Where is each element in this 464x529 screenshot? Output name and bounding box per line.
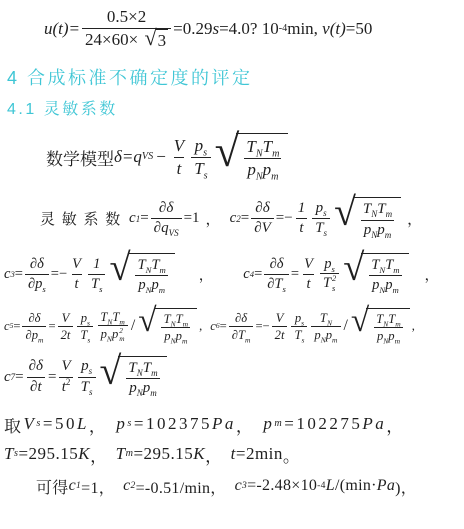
- sub-s: s: [301, 335, 304, 344]
- var-T: T: [377, 201, 385, 217]
- fraction-TNTm-pNpm: TNTm pNpm: [135, 256, 169, 295]
- var-T: T: [320, 311, 327, 325]
- fraction-ps-Ts2: ps T2s: [320, 255, 339, 294]
- partial-t: ∂t: [30, 379, 42, 395]
- sub-s: s: [332, 264, 335, 274]
- var-T: T: [151, 257, 159, 273]
- numerator: 1: [295, 199, 309, 219]
- numerator: 1: [90, 255, 103, 274]
- var-c: c: [4, 369, 11, 386]
- sub-m: m: [182, 337, 187, 346]
- comma: ，: [425, 264, 440, 285]
- fraction-ps-Ts: ps Ts: [312, 199, 330, 239]
- result-c1: =1，: [81, 475, 115, 498]
- sup-2: 2: [66, 377, 71, 387]
- unit-L: L: [326, 477, 335, 495]
- u-result-3: =50: [346, 19, 373, 39]
- numerator: V: [171, 135, 187, 157]
- var-V: V: [24, 414, 37, 434]
- take-label: 取: [4, 412, 24, 437]
- denominator: t: [72, 274, 82, 294]
- var-c: c: [235, 477, 242, 495]
- denominator: ∂pm: [22, 326, 46, 343]
- denominator: ∂t: [27, 377, 45, 398]
- partial-delta: ∂δ: [30, 256, 44, 272]
- numerator: ps: [292, 310, 307, 326]
- sub-s: s: [42, 284, 45, 294]
- sub-m: m: [245, 335, 250, 344]
- var-V: V: [72, 256, 81, 272]
- denominator: Ts: [291, 326, 307, 343]
- radical: √ TNTm pNpm: [343, 253, 408, 295]
- formula-c7: c7= ∂δ ∂t = V t2 ps Ts √ TNTm pNpm: [4, 356, 464, 399]
- denominator: pNpm: [126, 378, 160, 399]
- value-295: =295.15: [133, 444, 193, 464]
- fraction-dd-dps: ∂δ ∂ps: [25, 255, 49, 294]
- numerator: TNTm: [161, 311, 192, 327]
- fraction-ps-Ts: ps Ts: [291, 310, 307, 344]
- comma: ，: [407, 208, 422, 229]
- comma: ，: [236, 412, 256, 437]
- fraction-1-Ts: 1 Ts: [88, 255, 105, 294]
- partial-T: ∂T: [267, 276, 282, 292]
- unit-K: K: [78, 444, 90, 464]
- unit-Pa: Pa: [377, 477, 395, 495]
- numerator: ps: [78, 357, 95, 377]
- sub-m: m: [38, 335, 43, 344]
- var-T: T: [91, 276, 99, 292]
- minus-sign: −: [156, 147, 166, 167]
- denominator: pNp2m: [98, 325, 128, 344]
- sub-s: s: [323, 208, 327, 218]
- var-T: T: [194, 159, 203, 178]
- numerator: ps: [313, 199, 330, 219]
- sub-m: m: [393, 265, 399, 275]
- var-p: p: [263, 160, 272, 179]
- result-line: 可得c1=1，c2=-0.51/min，c3=-2.48×10-4L/(min·…: [36, 475, 464, 498]
- var-t: t: [177, 159, 182, 178]
- delta-eq: δ=: [114, 147, 133, 167]
- fraction-TNTm-pNpm: TNTm pNpm: [360, 200, 395, 240]
- equals: =: [48, 319, 55, 334]
- sub-s: s: [99, 284, 102, 294]
- fraction-TNTm-pNpm: TNTm pNpm: [161, 311, 192, 345]
- comma: ，: [206, 208, 221, 229]
- var-p: p: [377, 222, 385, 238]
- var-c: c: [4, 319, 10, 334]
- var-T: T: [323, 275, 331, 291]
- var-2t: 2t: [275, 328, 285, 342]
- partial-p: ∂p: [25, 328, 38, 342]
- values-line-1: 取Vs=50L，ps=102375Pa，pm=102275Pa，: [4, 412, 464, 437]
- result-c3-close: )，: [395, 475, 417, 498]
- fraction-dd-dTs: ∂δ ∂Ts: [264, 255, 289, 294]
- fraction-V-t: V t: [171, 135, 187, 180]
- radicand: TNTm pNpm: [118, 356, 166, 399]
- fraction-dd-dqvs: ∂δ ∂qVS: [151, 199, 182, 239]
- var-q: q: [133, 147, 142, 167]
- comma: ，: [386, 412, 406, 437]
- denominator: pNpm: [135, 275, 168, 295]
- var-V: V: [62, 311, 70, 325]
- var-p: p: [195, 136, 204, 155]
- var-p: p: [263, 414, 274, 434]
- unit-Pa: Pa: [362, 414, 386, 434]
- denominator: ∂qVS: [151, 218, 182, 239]
- u-lhs: u(t)=: [44, 19, 80, 39]
- sub-m: m: [332, 335, 337, 344]
- denominator: Ts: [77, 326, 93, 343]
- denominator: 24×60× √ 3: [82, 28, 171, 52]
- numerator: V: [273, 310, 287, 326]
- var-c: c: [69, 477, 76, 495]
- comma: ，: [199, 264, 214, 285]
- formula-u-t: u(t)= 0.5×2 24×60× √ 3 =0.29s=4.0? 10-4m…: [44, 6, 464, 52]
- numerator: ∂δ: [252, 199, 272, 219]
- result-c3-unit: /(min·: [335, 477, 377, 495]
- numerator: TNTm: [360, 200, 395, 220]
- fraction-dd-dV: ∂δ ∂V: [251, 199, 274, 239]
- numerator: 0.5×2: [104, 6, 149, 28]
- denominator: ∂Tm: [229, 326, 254, 343]
- equals-minus: =−: [51, 266, 67, 283]
- section-heading-4-1: 4.1 灵敏系数: [7, 96, 464, 119]
- var-c: c: [230, 210, 237, 227]
- formula-c1-c2: 灵敏系数 c1= ∂δ ∂qVS =1 ， c2= ∂δ ∂V =− 1 t p…: [40, 197, 464, 240]
- unit-L: L: [77, 414, 89, 434]
- numerator: V: [59, 357, 74, 377]
- denominator: pNpm: [361, 220, 395, 241]
- radicand: TNTm pNpm: [361, 253, 408, 295]
- partial-delta: ∂δ: [255, 200, 269, 216]
- var-p: p: [116, 414, 127, 434]
- partial-q: ∂q: [154, 220, 169, 236]
- denominator: ∂V: [251, 218, 274, 239]
- var-t: t: [75, 276, 79, 292]
- equals: =: [291, 266, 299, 283]
- sub-s: s: [89, 387, 93, 397]
- fraction-TNTm-pNpm: TNTm pNpm: [368, 256, 402, 295]
- divide-slash: /: [131, 317, 135, 335]
- denominator: 2t: [58, 326, 74, 343]
- radicand: TNTm pNpm: [154, 308, 198, 345]
- numerator: TNTm: [125, 359, 160, 379]
- numerator: TNTm: [243, 136, 282, 158]
- sub-VS: VS: [169, 228, 179, 238]
- sub-m: m: [150, 388, 157, 398]
- denominator: 2t: [272, 326, 288, 343]
- fraction-TNTm-pNpm: TNTm pNpm: [125, 359, 160, 399]
- radical: √ TNTm pNpm: [351, 308, 410, 345]
- sub-m: m: [160, 265, 166, 275]
- fraction-1-t: 1 t: [295, 199, 309, 239]
- numerator: ∂δ: [27, 255, 47, 274]
- radicand: 3: [156, 29, 169, 52]
- u-unit: min,: [287, 19, 318, 39]
- equals: =: [254, 266, 262, 283]
- sub-m: m: [395, 337, 400, 346]
- equals: =: [241, 210, 249, 227]
- sub-m: m: [151, 368, 158, 378]
- result-c3: =-2.48×10: [247, 477, 317, 495]
- var-p: p: [151, 277, 158, 293]
- result-1: =1: [184, 210, 200, 227]
- partial-T: ∂T: [232, 328, 245, 342]
- denominator: Ts: [88, 274, 105, 294]
- radicand: TNTm pNpm: [236, 133, 288, 181]
- numerator: ∂δ: [267, 255, 287, 274]
- var-p: p: [138, 277, 145, 293]
- fraction-V-t2: V t2: [59, 357, 74, 397]
- numerator: ∂δ: [26, 357, 46, 377]
- radicand: TNTm pNpm: [353, 197, 401, 240]
- numerator: ps: [321, 255, 338, 274]
- sub-s: s: [204, 170, 208, 181]
- var-t: t: [299, 220, 303, 236]
- var-t: t: [306, 276, 310, 292]
- denominator: t: [174, 157, 185, 180]
- result-c2: =-0.51/min，: [136, 475, 227, 498]
- fraction-TNTm-pNpm2: TNTm pNp2m: [97, 309, 128, 344]
- fraction-V-t: V t: [301, 255, 316, 294]
- var-V: V: [174, 136, 184, 155]
- var-c: c: [243, 266, 249, 283]
- radical: √ TNTm pNpm: [138, 308, 197, 345]
- sub-sup-m2: 2m: [119, 327, 124, 344]
- radicand: TNTm pNpm: [128, 253, 175, 295]
- var-T: T: [315, 220, 323, 236]
- denominator: t: [303, 274, 313, 294]
- fraction-TNTm-pNpm: TNTm pNpm: [373, 311, 404, 345]
- value-50: =50: [43, 414, 77, 434]
- var-p: p: [81, 358, 89, 374]
- comma: ,: [199, 319, 202, 334]
- numerator: ps: [78, 310, 93, 326]
- var-p: p: [324, 256, 331, 272]
- numerator: ∂δ: [156, 199, 176, 219]
- sub-m: m: [159, 285, 165, 295]
- var-c: c: [123, 477, 130, 495]
- u-result-2: =4.0? 10: [219, 19, 279, 39]
- var-s: s: [212, 19, 219, 39]
- partial-delta: ∂δ: [159, 200, 173, 216]
- sub-m: m: [385, 230, 392, 240]
- sub-s: s: [324, 228, 328, 238]
- denominator: ∂Ts: [264, 274, 289, 294]
- fraction-V-2t: V 2t: [272, 310, 288, 344]
- var-p: p: [247, 160, 256, 179]
- fraction-dd-dTm: ∂δ ∂Tm: [229, 310, 254, 344]
- partial-delta: ∂δ: [270, 256, 284, 272]
- var-c: c: [129, 210, 136, 227]
- fraction-dd-dpm: ∂δ ∂pm: [22, 310, 46, 344]
- equals: =: [140, 210, 148, 227]
- radical: √ 3: [144, 29, 168, 52]
- equals-minus: =−: [255, 319, 269, 334]
- partial-delta: ∂δ: [235, 311, 247, 325]
- denominator: pNpm: [311, 326, 340, 343]
- equals: =: [220, 319, 227, 334]
- var-V: V: [62, 358, 71, 374]
- var-T: T: [138, 257, 146, 273]
- partial-V: ∂V: [254, 220, 271, 236]
- denominator: pNpm: [161, 327, 190, 344]
- equals: =: [15, 369, 23, 386]
- fraction-dd-dt: ∂δ ∂t: [26, 357, 46, 397]
- var-T: T: [176, 312, 183, 326]
- formula-model: 数学模型δ=qVS − V t ps Ts √ TNTm pNpm: [46, 133, 464, 181]
- radical: √ TNTm pNpm: [215, 133, 289, 181]
- fraction-V-2t: V 2t: [58, 310, 74, 344]
- fraction: 0.5×2 24×60× √ 3: [82, 6, 171, 52]
- result-lead: 可得: [36, 475, 69, 498]
- denominator: pNpm: [374, 327, 403, 344]
- u-result-1: =0.29: [173, 19, 212, 39]
- numerator: ps: [192, 135, 210, 157]
- num-1: 1: [298, 200, 306, 216]
- equals: =: [15, 266, 23, 283]
- comma: ，: [205, 442, 223, 467]
- sub-N: N: [256, 172, 263, 183]
- value-295: =295.15: [18, 444, 78, 464]
- sup-2: 2: [332, 274, 336, 284]
- values-line-2: Ts=295.15K，Tm=295.15K，t=2min。: [4, 442, 464, 467]
- partial-delta: ∂δ: [29, 358, 43, 374]
- var-p: p: [112, 327, 118, 341]
- denominator: pNpm: [369, 275, 402, 295]
- var-T: T: [4, 444, 14, 464]
- numerator: V: [59, 310, 73, 326]
- sub-m: m: [119, 335, 124, 343]
- numerator: ∂δ: [25, 310, 43, 326]
- var-T: T: [143, 360, 151, 376]
- var-T: T: [263, 137, 272, 156]
- denominator: ∂ps: [25, 274, 49, 294]
- radical: √ TNTm pNpm: [334, 197, 401, 240]
- sub-s: s: [89, 366, 93, 376]
- denominator: Ts: [191, 157, 210, 180]
- denominator: t2: [59, 377, 74, 398]
- partial-delta: ∂δ: [28, 311, 40, 325]
- numerator: TNTm: [97, 309, 128, 325]
- var-p: p: [316, 200, 324, 216]
- value-102275: =102275: [284, 414, 362, 434]
- divide-slash: /: [344, 317, 348, 335]
- sub-m: m: [271, 172, 278, 183]
- fraction-TN-pNpm: TN pNpm: [311, 310, 340, 344]
- var-T: T: [246, 137, 255, 156]
- comma: ，: [90, 442, 108, 467]
- model-label: 数学模型: [46, 145, 114, 170]
- partial-p: ∂p: [28, 276, 42, 292]
- sub-sup-s2: 2s: [332, 274, 336, 293]
- var-p: p: [129, 380, 137, 396]
- sub-s: s: [332, 284, 335, 294]
- var-T: T: [116, 444, 126, 464]
- var-2t: 2t: [61, 328, 71, 342]
- numerator: V: [301, 255, 316, 274]
- var-T: T: [128, 360, 136, 376]
- numerator: ∂δ: [232, 310, 250, 326]
- numerator: TNTm: [368, 256, 402, 275]
- var-V: V: [304, 256, 313, 272]
- formula-c5-c6: c5= ∂δ ∂pm = V 2t ps Ts TNTm pNp2m / √ T…: [4, 308, 464, 345]
- var-T: T: [81, 379, 89, 395]
- formula-c3-c4: c3= ∂δ ∂ps =− V t 1 Ts √ TNTm pNpm ， c4=…: [4, 253, 464, 295]
- numerator: TN: [317, 310, 335, 326]
- var-T: T: [363, 201, 371, 217]
- fraction-ps-Ts: ps Ts: [191, 135, 210, 180]
- section-heading-4: 4 合成标准不确定度的评定: [7, 64, 464, 90]
- numerator: TNTm: [135, 256, 169, 275]
- sub-s: s: [283, 284, 286, 294]
- radicand: TNTm pNpm: [366, 308, 410, 345]
- period: 。: [283, 442, 301, 467]
- denominator: Ts: [78, 377, 96, 398]
- numerator: TNTm: [373, 311, 404, 327]
- equals-minus: =−: [276, 210, 293, 227]
- equals: =: [48, 369, 56, 386]
- var-T: T: [164, 312, 171, 326]
- comma: ，: [89, 412, 109, 437]
- unit-K: K: [193, 444, 205, 464]
- fraction-ps-Ts: ps Ts: [78, 357, 96, 397]
- fraction-ps-Ts: ps Ts: [77, 310, 93, 344]
- sens-label: 灵敏系数: [40, 208, 127, 229]
- radical: √ TNTm pNpm: [109, 253, 174, 295]
- denominator: T2s: [320, 273, 339, 293]
- den-text: 24×60×: [85, 30, 138, 49]
- denominator: t: [296, 218, 306, 239]
- comma: ,: [412, 319, 415, 334]
- radical: √ TNTm pNpm: [100, 356, 167, 399]
- sub-m: m: [386, 209, 393, 219]
- fraction-TNTm-pNpm: TNTm pNpm: [243, 136, 282, 181]
- value-2min: =2min: [236, 444, 283, 464]
- var-V: V: [276, 311, 284, 325]
- denominator: pNpm: [244, 158, 281, 181]
- sub-m: m: [392, 285, 398, 295]
- value-102375: =102375: [134, 414, 212, 434]
- unit-Pa: Pa: [212, 414, 236, 434]
- equals: =: [13, 319, 20, 334]
- numerator: V: [69, 255, 84, 274]
- sub-s: s: [87, 335, 90, 344]
- denominator: Ts: [312, 218, 330, 239]
- num-1: 1: [93, 256, 100, 272]
- var-v-t: v(t): [322, 19, 346, 39]
- fraction-V-t: V t: [69, 255, 84, 294]
